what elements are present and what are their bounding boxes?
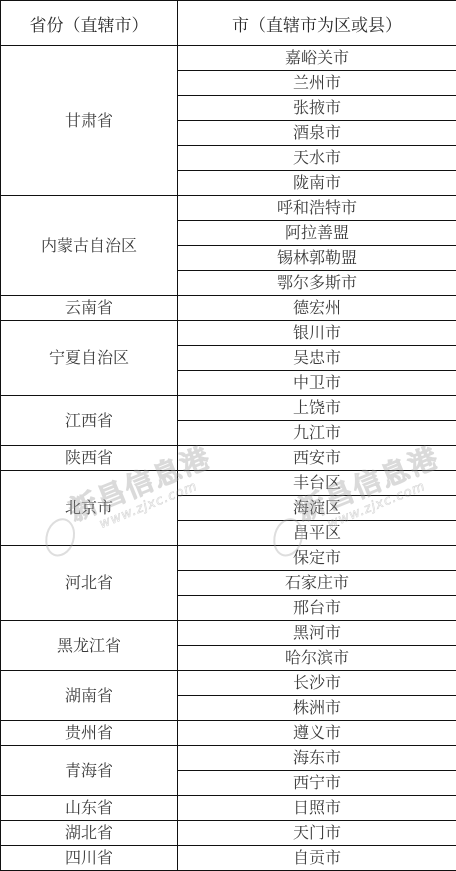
province-cell: 青海省 — [1, 746, 178, 796]
city-cell: 鄂尔多斯市 — [178, 271, 456, 296]
province-column-header: 省份（直辖市） — [1, 1, 178, 46]
city-cell: 德宏州 — [178, 296, 456, 321]
region-table: 省份（直辖市） 市（直辖市为区或县） 甘肃省嘉峪关市兰州市张掖市酒泉市天水市陇南… — [0, 0, 456, 871]
province-cell: 内蒙古自治区 — [1, 196, 178, 296]
province-cell: 湖北省 — [1, 821, 178, 846]
city-cell: 遵义市 — [178, 721, 456, 746]
city-cell: 酒泉市 — [178, 121, 456, 146]
table-row: 四川省自贡市 — [1, 846, 456, 871]
province-cell: 山东省 — [1, 796, 178, 821]
city-cell: 自贡市 — [178, 846, 456, 871]
header-row: 省份（直辖市） 市（直辖市为区或县） — [1, 1, 456, 46]
city-cell: 石家庄市 — [178, 571, 456, 596]
table-row: 云南省德宏州 — [1, 296, 456, 321]
city-cell: 长沙市 — [178, 671, 456, 696]
province-cell: 四川省 — [1, 846, 178, 871]
province-cell: 贵州省 — [1, 721, 178, 746]
table-body: 甘肃省嘉峪关市兰州市张掖市酒泉市天水市陇南市内蒙古自治区呼和浩特市阿拉善盟锡林郭… — [1, 46, 456, 871]
table-row: 湖南省长沙市 — [1, 671, 456, 696]
city-cell: 海淀区 — [178, 496, 456, 521]
province-cell: 宁夏自治区 — [1, 321, 178, 396]
province-cell: 江西省 — [1, 396, 178, 446]
city-cell: 中卫市 — [178, 371, 456, 396]
table-row: 甘肃省嘉峪关市 — [1, 46, 456, 71]
city-cell: 邢台市 — [178, 596, 456, 621]
city-cell: 吴忠市 — [178, 346, 456, 371]
city-cell: 株洲市 — [178, 696, 456, 721]
city-cell: 昌平区 — [178, 521, 456, 546]
city-cell: 西安市 — [178, 446, 456, 471]
city-cell: 黑河市 — [178, 621, 456, 646]
city-cell: 呼和浩特市 — [178, 196, 456, 221]
city-cell: 西宁市 — [178, 771, 456, 796]
table-row: 青海省海东市 — [1, 746, 456, 771]
city-cell: 上饶市 — [178, 396, 456, 421]
city-cell: 阿拉善盟 — [178, 221, 456, 246]
table-row: 黑龙江省黑河市 — [1, 621, 456, 646]
province-cell: 云南省 — [1, 296, 178, 321]
city-cell: 银川市 — [178, 321, 456, 346]
city-cell: 兰州市 — [178, 71, 456, 96]
table-row: 贵州省遵义市 — [1, 721, 456, 746]
city-cell: 天门市 — [178, 821, 456, 846]
city-cell: 日照市 — [178, 796, 456, 821]
province-cell: 北京市 — [1, 471, 178, 546]
province-cell: 黑龙江省 — [1, 621, 178, 671]
city-cell: 九江市 — [178, 421, 456, 446]
city-cell: 张掖市 — [178, 96, 456, 121]
city-cell: 嘉峪关市 — [178, 46, 456, 71]
province-cell: 甘肃省 — [1, 46, 178, 196]
table-row: 北京市丰台区 — [1, 471, 456, 496]
table-row: 内蒙古自治区呼和浩特市 — [1, 196, 456, 221]
city-cell: 海东市 — [178, 746, 456, 771]
province-cell: 陕西省 — [1, 446, 178, 471]
table-row: 宁夏自治区银川市 — [1, 321, 456, 346]
table-row: 江西省上饶市 — [1, 396, 456, 421]
province-cell: 湖南省 — [1, 671, 178, 721]
city-cell: 陇南市 — [178, 171, 456, 196]
city-cell: 保定市 — [178, 546, 456, 571]
table-row: 湖北省天门市 — [1, 821, 456, 846]
table-row: 陕西省西安市 — [1, 446, 456, 471]
table-row: 河北省保定市 — [1, 546, 456, 571]
city-column-header: 市（直辖市为区或县） — [178, 1, 456, 46]
city-cell: 丰台区 — [178, 471, 456, 496]
province-cell: 河北省 — [1, 546, 178, 621]
city-cell: 天水市 — [178, 146, 456, 171]
table-row: 山东省日照市 — [1, 796, 456, 821]
city-cell: 锡林郭勒盟 — [178, 246, 456, 271]
city-cell: 哈尔滨市 — [178, 646, 456, 671]
